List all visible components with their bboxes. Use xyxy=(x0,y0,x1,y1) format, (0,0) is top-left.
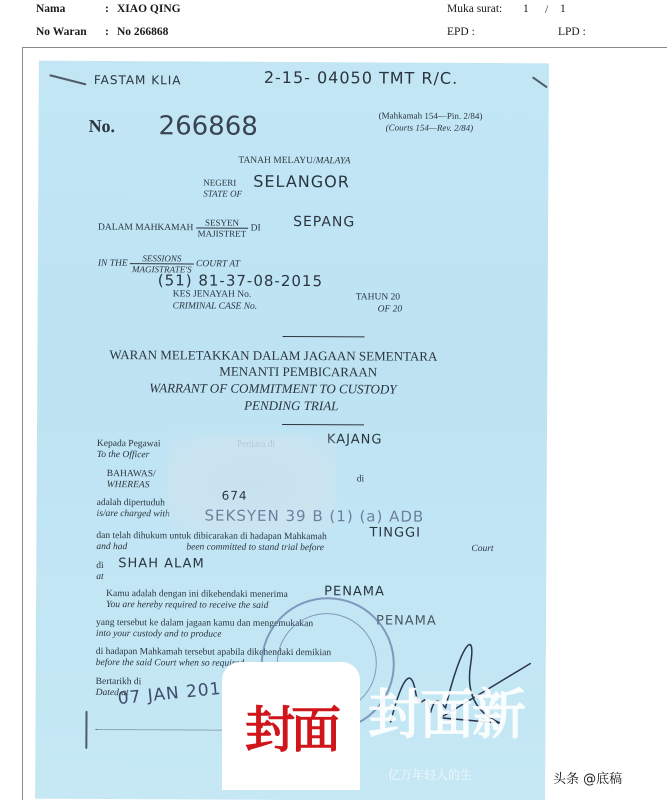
whereas-en: WHEREAS xyxy=(107,480,150,490)
title-malay-2: MENANTI PEMBICARAAN xyxy=(219,364,377,381)
form-reference-en: (Courts 154—Rev. 2/84) xyxy=(386,122,474,132)
page-total: 1 xyxy=(560,3,566,15)
pen-mark xyxy=(49,74,86,85)
before-en: before the said Court when so required. xyxy=(96,658,247,669)
lpd-label: LPD : xyxy=(558,26,586,38)
epd-label: EPD : xyxy=(447,26,475,38)
title-english-2: PENDING TRIAL xyxy=(244,398,338,414)
committed-court: TINGGI xyxy=(369,525,421,540)
page-label: Muka surat: xyxy=(447,3,502,15)
warrant-label: No Waran xyxy=(36,26,87,38)
handwritten-note-right: 2-15- 04050 TMT R/C. xyxy=(264,68,458,88)
divider xyxy=(282,336,364,337)
name-label: Nama xyxy=(36,3,65,15)
divider xyxy=(282,424,364,425)
source-credit: 头条 @底稿 xyxy=(553,768,622,787)
charged: adalah dipertuduh xyxy=(97,498,165,508)
publisher-slogan: 亿万年轻人的生 xyxy=(388,766,472,783)
to-officer-en: To the Officer xyxy=(97,450,149,460)
form-reference: (Mahkamah 154—Pin. 2/84) xyxy=(379,110,483,121)
at-word: di xyxy=(357,474,364,484)
title-malay-1: WARAN MELETAKKAN DALAM JAGAAN SEMENTARA xyxy=(109,347,437,365)
charge-value: SEKSYEN 39 B (1) (a) ADB xyxy=(205,507,425,526)
di-label: di xyxy=(96,561,103,571)
state-value: SELANGOR xyxy=(253,172,350,192)
name-separator: : xyxy=(105,3,109,15)
publisher-logo: 封面 xyxy=(222,662,360,790)
number-label: No. xyxy=(89,116,116,137)
case-number: (51) 81-37-08-2015 xyxy=(158,271,323,290)
committed: dan telah dihukum untuk dibicarakan di h… xyxy=(96,531,326,542)
custody-en: into your custody and to produce xyxy=(96,629,222,640)
country-label: TANAH MELAYU/MALAYA xyxy=(238,156,350,167)
handwritten-note-left: FASTAM KLIA xyxy=(94,73,182,87)
at-label-en: at xyxy=(96,572,103,582)
signature-line xyxy=(95,729,225,731)
committed-en-2: been committed to stand trial before xyxy=(186,542,324,553)
pen-mark xyxy=(532,76,548,88)
receive: Kamu adalah dengan ini dikehendaki mener… xyxy=(106,589,288,600)
redacted-partial: 674 xyxy=(222,489,248,503)
year-label-en: OF 20 xyxy=(378,304,403,314)
page-separator: / xyxy=(545,4,548,16)
name-value: XIAO QING xyxy=(117,3,181,15)
charged-en: is/are charged with xyxy=(97,509,170,519)
case-label-en: CRIMINAL CASE No. xyxy=(173,301,258,311)
case-label: KES JENAYAH No. xyxy=(173,289,252,299)
trial-location: SHAH ALAM xyxy=(118,556,204,571)
title-english-1: WARRANT OF COMMITMENT TO CUSTODY xyxy=(149,380,396,397)
to-officer: Kepada Pegawai xyxy=(97,439,161,449)
court-line: DALAM MAHKAMAH SESYENMAJISTRET DI xyxy=(98,217,261,239)
warrant-separator: : xyxy=(105,26,109,38)
whereas: BAHAWAS/ xyxy=(107,469,156,479)
publisher-watermark: 封面新 xyxy=(368,672,524,749)
pen-mark xyxy=(85,711,87,749)
court-word-en: Court xyxy=(471,544,493,554)
state-label-en: STATE OF xyxy=(203,189,242,199)
year-label: TAHUN 20 xyxy=(356,292,400,302)
warrant-value: No 266868 xyxy=(117,26,168,38)
dated: Bertarikh di xyxy=(96,677,142,687)
page-current: 1 xyxy=(523,3,529,15)
state-label: NEGERI xyxy=(203,178,236,188)
receive-en: You are hereby required to receive the s… xyxy=(106,600,268,611)
warrant-number: 266868 xyxy=(159,111,258,142)
committed-en-1: and had xyxy=(96,542,127,552)
court-location: SEPANG xyxy=(293,214,355,230)
